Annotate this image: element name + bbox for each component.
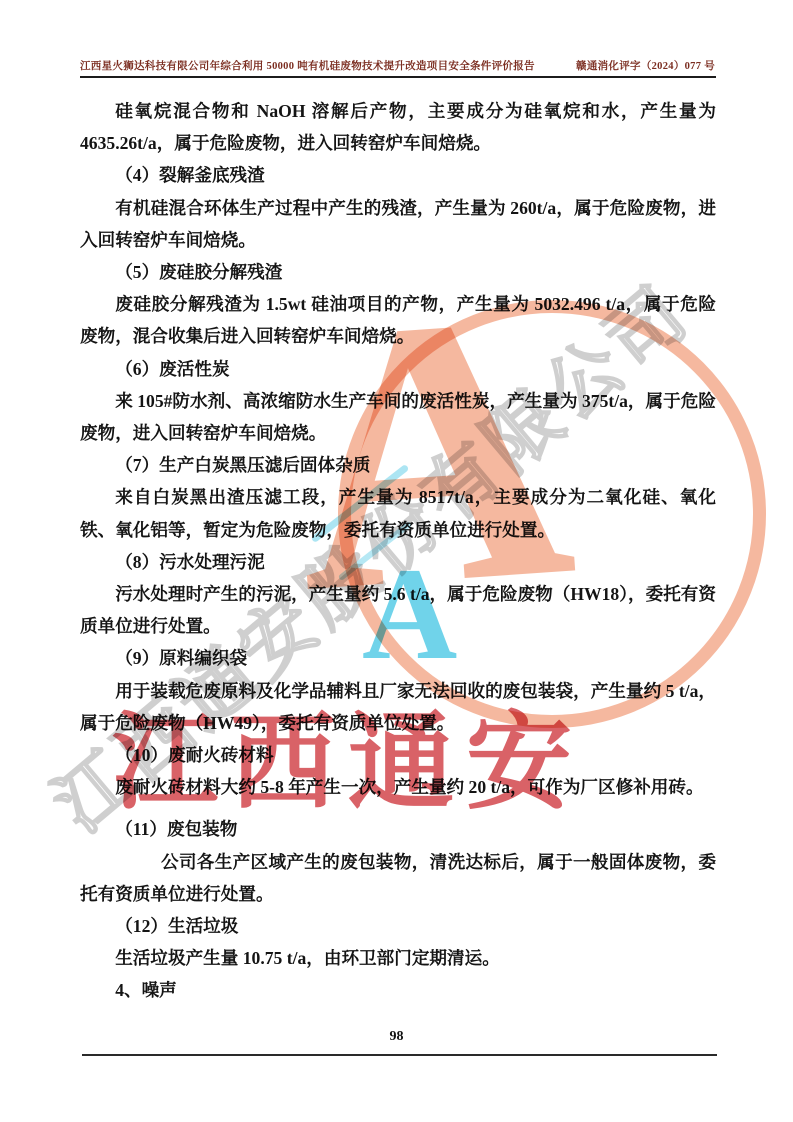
body-paragraph: 废硅胶分解残渣为 1.5wt 硅油项目的产物，产生量为 5032.496 t/a…: [80, 288, 716, 352]
body-paragraph: 硅氧烷混合物和 NaOH 溶解后产物，主要成分为硅氧烷和水，产生量为 4635.…: [80, 95, 716, 159]
header-report-title: 江西星火狮达科技有限公司年综合利用 50000 吨有机硅废物技术提升改造项目安全…: [80, 58, 550, 73]
body-paragraph: 污水处理时产生的污泥，产生量约 5.6 t/a，属于危险废物（HW18），委托有…: [80, 578, 716, 642]
section-heading: 4、噪声: [80, 974, 716, 1006]
section-heading: （9）原料编织袋: [80, 642, 716, 674]
footer-page-number: 98: [0, 1029, 793, 1045]
section-heading: （8）污水处理污泥: [80, 546, 716, 578]
section-heading: （7）生产白炭黑压滤后固体杂质: [80, 449, 716, 481]
header-document-number: 赣通消化评字（2024）077 号: [576, 58, 715, 73]
section-heading: （10）废耐火砖材料: [80, 739, 716, 771]
footer-rule: [82, 1054, 717, 1056]
body-paragraph: 来自白炭黑出渣压滤工段，产生量为 8517t/a，主要成分为二氧化硅、氧化铁、氧…: [80, 481, 716, 545]
body-paragraph: 生活垃圾产生量 10.75 t/a，由环卫部门定期清运。: [80, 942, 716, 974]
body-paragraph: 用于装载危废原料及化学品辅料且厂家无法回收的废包装袋，产生量约 5 t/a，属于…: [80, 675, 716, 739]
section-heading: （4）裂解釜底残渣: [80, 159, 716, 191]
section-heading: （6）废活性炭: [80, 353, 716, 385]
body-paragraph: 来 105#防水剂、高浓缩防水生产车间的废活性炭，产生量为 375t/a，属于危…: [80, 385, 716, 449]
header-rule: [80, 76, 716, 78]
section-heading: （5）废硅胶分解残渣: [80, 256, 716, 288]
section-heading: （12）生活垃圾: [80, 910, 716, 942]
body-paragraph: 有机硅混合环体生产过程中产生的残渣，产生量为 260t/a，属于危险废物，进入回…: [80, 192, 716, 256]
document-page: 江西星火狮达科技有限公司年综合利用 50000 吨有机硅废物技术提升改造项目安全…: [0, 0, 793, 1122]
body-paragraph: 公司各生产区域产生的废包装物，清洗达标后，属于一般固体废物，委托有资质单位进行处…: [80, 846, 716, 910]
document-body: 硅氧烷混合物和 NaOH 溶解后产物，主要成分为硅氧烷和水，产生量为 4635.…: [80, 95, 716, 1007]
body-paragraph: 废耐火砖材料大约 5-8 年产生一次，产生量约 20 t/a，可作为厂区修补用砖…: [80, 771, 716, 803]
section-heading: （11）废包装物: [80, 813, 716, 845]
